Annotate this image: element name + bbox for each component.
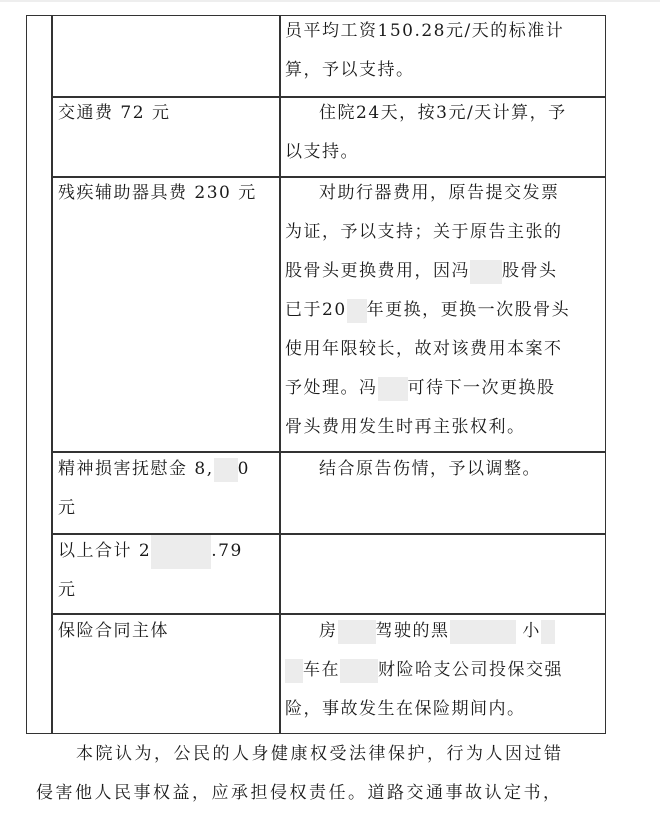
text-span: 年更换，更换一次股骨头 [367, 300, 571, 320]
table-row-lost-wages-reason: 员平均工资150.28元/天的标准计 算，予以支持。 [285, 12, 603, 90]
body-paragraph-line-2: 侵害他人民事权益，应承担侵权责任。道路交通事故认定书， [36, 774, 616, 813]
reason-line: 以支持。 [285, 133, 603, 172]
redacted-block [347, 299, 367, 323]
redacted-block [470, 260, 502, 284]
item-line: 以上合计 2.79 [58, 532, 278, 571]
table-inner-left-border [51, 16, 53, 733]
redacted-block [338, 620, 376, 644]
table-row-insurance-item: 保险合同主体 [58, 612, 278, 651]
reason-line: 对助行器费用，原告提交发票 [285, 174, 603, 213]
reason-line: 为证，予以支持；关于原告主张的 [285, 213, 603, 252]
reason-line: 骨头费用发生时再主张权利。 [285, 408, 603, 447]
redacted-block [340, 659, 378, 683]
reason-line: 结合原告伤情，予以调整。 [285, 450, 603, 489]
table-row-disability-aid-reason: 对助行器费用，原告提交发票 为证，予以支持；关于原告主张的 股骨头更换费用，因冯… [285, 174, 603, 447]
item-line: 精神损害抚慰金 8,0 [58, 450, 278, 489]
table-row-insurance-reason: 房驾驶的黑 小 车在财险哈支公司投保交强 险，事故发生在保险期间内。 [285, 612, 603, 729]
page-top-edge [0, 0, 660, 2]
reason-line: 已于20年更换，更换一次股骨头 [285, 291, 603, 330]
table-row-disability-aid-item: 残疾辅助器具费 230 元 [58, 174, 278, 213]
item-line: 元 [58, 489, 278, 528]
redacted-block [285, 659, 303, 683]
text-span: 精神损害抚慰金 8, [58, 459, 214, 479]
table-row-total-item: 以上合计 2.79 元 [58, 532, 278, 610]
reason-line: 算，予以支持。 [285, 51, 603, 90]
body-paragraph-line-1: 本院认为，公民的人身健康权受法律保护，行为人因过错 [76, 735, 656, 774]
text-span: 0 [238, 459, 250, 479]
redacted-block [214, 458, 238, 482]
reason-line: 险，事故发生在保险期间内。 [285, 690, 603, 729]
text-span: .79 [211, 541, 243, 561]
reason-line: 员平均工资150.28元/天的标准计 [285, 12, 603, 51]
redacted-block [541, 620, 555, 644]
table-row-transport-reason: 住院24天，按3元/天计算，予 以支持。 [285, 94, 603, 172]
redacted-block [378, 377, 408, 401]
text-span: 房 [319, 621, 338, 641]
reason-line: 使用年限较长，故对该费用本案不 [285, 330, 603, 369]
table-row-mental-damage-item: 精神损害抚慰金 8,0 元 [58, 450, 278, 528]
reason-line: 住院24天，按3元/天计算，予 [285, 94, 603, 133]
text-span: 驾驶的黑 [376, 621, 450, 641]
compensation-table: 员平均工资150.28元/天的标准计 算，予以支持。 交通费 72 元 住院24… [26, 15, 606, 734]
reason-line: 房驾驶的黑 小 [285, 612, 603, 651]
table-row-mental-damage-reason: 结合原告伤情，予以调整。 [285, 450, 603, 489]
text-span: 已于20 [285, 300, 347, 320]
table-column-divider [279, 16, 281, 733]
text-span: 予处理。冯 [285, 378, 378, 398]
redacted-block [450, 620, 516, 644]
text-span: 股骨头更换费用，因冯 [285, 261, 470, 281]
reason-line: 予处理。冯可待下一次更换股 [285, 369, 603, 408]
text-span: 以上合计 2 [58, 541, 151, 561]
redacted-block [151, 535, 211, 569]
table-row-transport-item: 交通费 72 元 [58, 94, 278, 133]
text-span: 股骨头 [502, 261, 558, 281]
text-span: 车在 [303, 660, 340, 680]
reason-line: 车在财险哈支公司投保交强 [285, 651, 603, 690]
text-span: 可待下一次更换股 [408, 378, 556, 398]
text-span: 小 [522, 621, 541, 641]
reason-line: 股骨头更换费用，因冯股骨头 [285, 252, 603, 291]
text-span: 财险哈支公司投保交强 [378, 660, 563, 680]
item-line: 元 [58, 571, 278, 610]
